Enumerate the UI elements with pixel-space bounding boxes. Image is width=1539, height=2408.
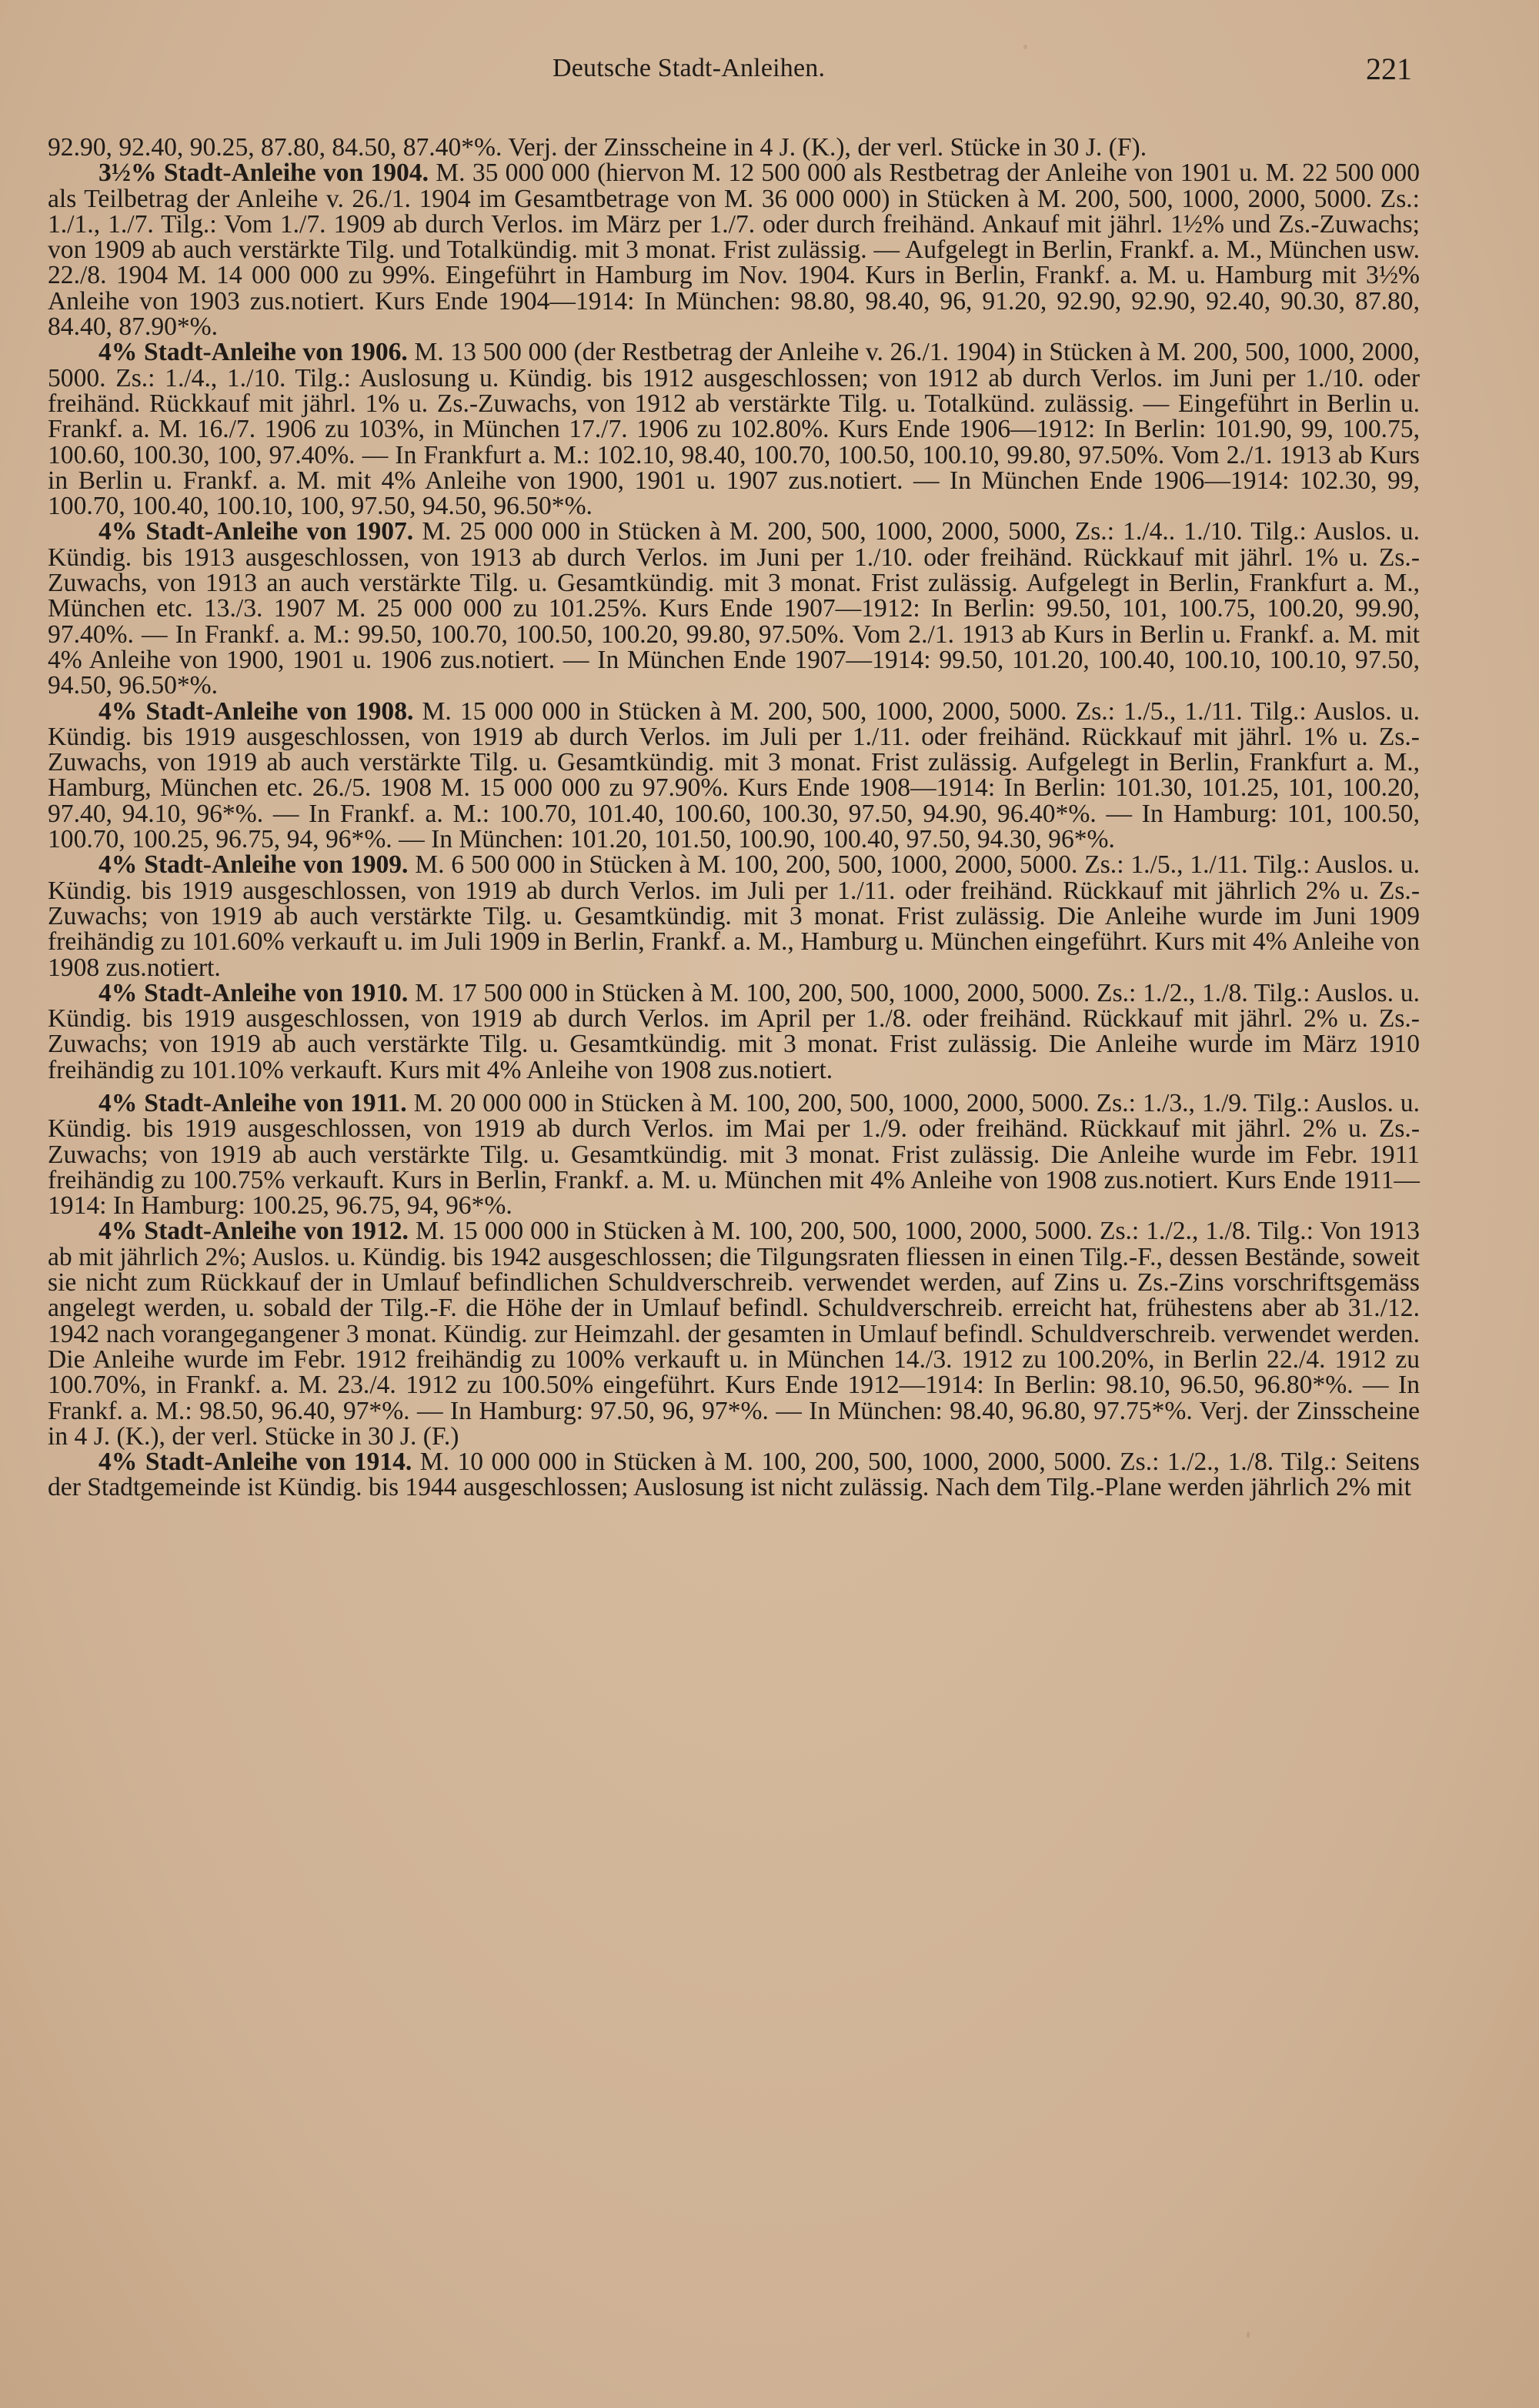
paragraph-continuation: 92.90, 92.40, 90.25, 87.80, 84.50, 87.40… <box>48 135 1420 160</box>
loan-title: Stadt-Anleihe von 1911. <box>144 1089 406 1117</box>
interest-rate: 4% <box>98 1089 137 1117</box>
interest-rate: 4% <box>98 850 137 879</box>
loan-title: Stadt-Anleihe von 1909. <box>144 850 408 879</box>
paragraph-loan-1912: 4% Stadt-Anleihe von 1912. M. 15 000 000… <box>48 1218 1420 1449</box>
loan-title: Stadt-Anleihe von 1914. <box>145 1448 412 1476</box>
interest-rate: 4% <box>98 1217 137 1245</box>
paragraph-loan-1910: 4% Stadt-Anleihe von 1910. M. 17 500 000… <box>48 980 1420 1083</box>
interest-rate: 4% <box>98 1448 137 1476</box>
paper-speck <box>1023 45 1027 49</box>
paragraph-loan-1904: 3½% Stadt-Anleihe von 1904. M. 35 000 00… <box>48 160 1420 339</box>
paragraph-body: 92.90, 92.40, 90.25, 87.80, 84.50, 87.40… <box>48 133 1147 162</box>
paragraph-loan-1908: 4% Stadt-Anleihe von 1908. M. 15 000 000… <box>48 699 1420 853</box>
interest-rate: 4% <box>98 517 137 546</box>
running-title: Deutsche Stadt-Anleihen. <box>553 54 825 83</box>
paragraph-body: M. 25 000 000 in Stücken à M. 200, 500, … <box>48 517 1420 700</box>
paragraph-loan-1914: 4% Stadt-Anleihe von 1914. M. 10 000 000… <box>48 1449 1420 1501</box>
loan-title: Stadt-Anleihe von 1912. <box>144 1217 409 1245</box>
page-number: 221 <box>1366 51 1412 87</box>
interest-rate: 4% <box>98 697 137 726</box>
running-head: Deutsche Stadt-Anleihen. 221 <box>0 54 1539 100</box>
paragraph-body: M. 15 000 000 in Stücken à M. 100, 200, … <box>48 1217 1420 1450</box>
paragraph-loan-1911: 4% Stadt-Anleihe von 1911. M. 20 000 000… <box>48 1090 1420 1218</box>
loan-title: Stadt-Anleihe von 1910. <box>144 979 408 1007</box>
interest-rate: 4% <box>98 338 137 366</box>
paragraph-loan-1907: 4% Stadt-Anleihe von 1907. M. 25 000 000… <box>48 519 1420 698</box>
paragraph-body: M. 35 000 000 (hiervon M. 12 500 000 als… <box>48 159 1420 341</box>
loan-title: Stadt-Anleihe von 1908. <box>146 697 414 726</box>
loan-title: Stadt-Anleihe von 1906. <box>144 338 408 366</box>
paper-speck <box>1247 2332 1250 2338</box>
interest-rate: 3½% <box>98 159 157 187</box>
paragraph-loan-1909: 4% Stadt-Anleihe von 1909. M. 6 500 000 … <box>48 852 1420 980</box>
interest-rate: 4% <box>98 979 137 1007</box>
loan-title: Stadt-Anleihe von 1907. <box>145 517 413 546</box>
paragraph-body: M. 13 500 000 (der Restbetrag der Anleih… <box>48 338 1420 520</box>
loan-title: Stadt-Anleihe von 1904. <box>164 159 429 187</box>
paragraph-loan-1906: 4% Stadt-Anleihe von 1906. M. 13 500 000… <box>48 339 1420 519</box>
text-block: 92.90, 92.40, 90.25, 87.80, 84.50, 87.40… <box>48 135 1420 1501</box>
